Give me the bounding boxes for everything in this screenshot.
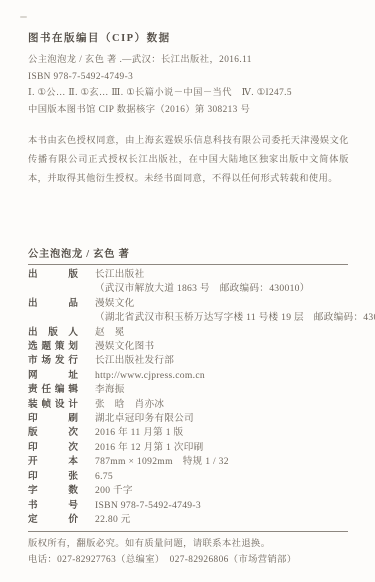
footer-notice: 版权所有，翻版必究。如有质量问题，请联系本社退换。电话：027-82927763…: [28, 537, 348, 569]
colophon-row-label: 责任编辑: [28, 383, 78, 397]
copyright-page: 图书在版编目（CIP）数据 公主泡泡龙 / 玄色 著 .—武汉：长江出版社，20…: [0, 0, 375, 582]
colophon-row-label: 字数: [28, 484, 78, 498]
colophon-row-label: 印张: [28, 470, 78, 484]
colophon-row-value: （湖北省武汉市积玉桥万达写字楼 11 号楼 19 层 邮政编码：430060）: [95, 312, 375, 323]
colophon-row: 印张6.75: [28, 470, 348, 484]
colophon-row-label: 网址: [28, 369, 78, 383]
colophon-row-label: 版次: [28, 426, 78, 440]
colophon-row: 书号ISBN 978-7-5492-4749-3: [28, 499, 348, 513]
colophon-row-label: 选题策划: [28, 340, 78, 354]
colophon-row-label: 印次: [28, 441, 78, 455]
colophon-row: 责任编辑李海振: [28, 383, 348, 397]
license-paragraph: 本书由玄色授权同意，由上海玄霆娱乐信息科技有限公司委托天津漫娱文化传播有限公司正…: [28, 131, 349, 188]
colophon-row: 出版长江出版社: [28, 268, 348, 282]
colophon-row-value: 李海振: [95, 384, 125, 395]
colophon-row: 出品漫娱文化: [28, 297, 348, 311]
colophon-rows: 出版长江出版社 （武汉市解放大道 1863 号 邮政编码：430010） 出品漫…: [28, 268, 348, 527]
cip-line: 公主泡泡龙 / 玄色 著 .—武汉：长江出版社，2016.11: [28, 52, 348, 69]
colophon-row: 定价22.80 元: [28, 513, 348, 527]
scan-artifact: [20, 16, 27, 18]
colophon-row: 出版人赵 冕: [28, 326, 348, 340]
book-title-author: 公主泡泡龙 / 玄色 著: [28, 245, 348, 260]
cip-line: ISBN 978-7-5492-4749-3: [28, 69, 348, 86]
cip-line: Ⅰ. ①公… Ⅱ. ①玄… Ⅲ. ①长篇小说－中国－当代 Ⅳ. ①I247.5: [28, 85, 348, 102]
colophon-row: 版次2016 年 11 月第 1 版: [28, 426, 348, 440]
colophon-row-label: 定价: [28, 513, 78, 527]
colophon-row-label: 印刷: [28, 412, 78, 426]
colophon-row-label: 出版: [28, 268, 78, 282]
colophon-row-value: 漫娱文化: [95, 298, 135, 309]
colophon-row-value: 6.75: [95, 471, 113, 482]
colophon-row-label: 书号: [28, 499, 78, 513]
colophon-row-value: 漫娱文化图书: [95, 341, 154, 352]
colophon-row: 印刷湖北卓冠印务有限公司: [28, 412, 348, 426]
colophon-row: 网址http://www.cjpress.com.cn: [28, 369, 348, 383]
divider-top: [28, 264, 348, 265]
cip-line: 中国版本图书馆 CIP 数据核字（2016）第 308213 号: [28, 102, 348, 119]
colophon-row-label: 出品: [28, 297, 78, 311]
colophon-row-value: 200 千字: [95, 485, 133, 496]
colophon-row-value: 787mm × 1092mm 特规 1 / 32: [95, 456, 229, 467]
colophon-row-value: 长江出版社发行部: [95, 355, 174, 366]
cip-heading: 图书在版编目（CIP）数据: [28, 0, 348, 45]
colophon-row: 装帧设计张 晗 肖亦冰: [28, 398, 348, 412]
colophon-row-value: 2016 年 12 月第 1 次印刷: [95, 442, 204, 453]
colophon-row-label: 市场发行: [28, 354, 78, 368]
colophon-row-value: 长江出版社: [95, 269, 144, 280]
colophon-row-value: ISBN 978-7-5492-4749-3: [95, 500, 201, 511]
colophon-row-label: 出版人: [28, 326, 78, 340]
footer-line: 电话：027-82927763（总编室） 027-82926806（市场营销部）: [28, 553, 348, 569]
colophon-row: 印次2016 年 12 月第 1 次印刷: [28, 441, 348, 455]
cip-block: 公主泡泡龙 / 玄色 著 .—武汉：长江出版社，2016.11ISBN 978-…: [28, 52, 348, 118]
colophon-row-label: 开本: [28, 455, 78, 469]
footer-line: 版权所有，翻版必究。如有质量问题，请联系本社退换。: [28, 537, 348, 553]
colophon-row: （湖北省武汉市积玉桥万达写字楼 11 号楼 19 层 邮政编码：430060）: [28, 311, 348, 325]
colophon-row-value: 2016 年 11 月第 1 版: [95, 427, 183, 438]
colophon-row-value: （武汉市解放大道 1863 号 邮政编码：430010）: [95, 283, 310, 294]
colophon-row-value: 22.80 元: [95, 514, 131, 525]
divider-bottom: [28, 531, 348, 532]
colophon-row: 选题策划漫娱文化图书: [28, 340, 348, 354]
colophon-row-value: http://www.cjpress.com.cn: [95, 370, 205, 381]
colophon-row: 市场发行长江出版社发行部: [28, 354, 348, 368]
colophon-row-value: 湖北卓冠印务有限公司: [95, 413, 194, 424]
colophon-row: 开本787mm × 1092mm 特规 1 / 32: [28, 455, 348, 469]
colophon-row-label: 装帧设计: [28, 398, 78, 412]
colophon-row-value: 张 晗 肖亦冰: [95, 399, 164, 410]
colophon-row: 字数200 千字: [28, 484, 348, 498]
colophon-row: （武汉市解放大道 1863 号 邮政编码：430010）: [28, 282, 348, 296]
colophon-row-value: 赵 冕: [95, 327, 125, 338]
